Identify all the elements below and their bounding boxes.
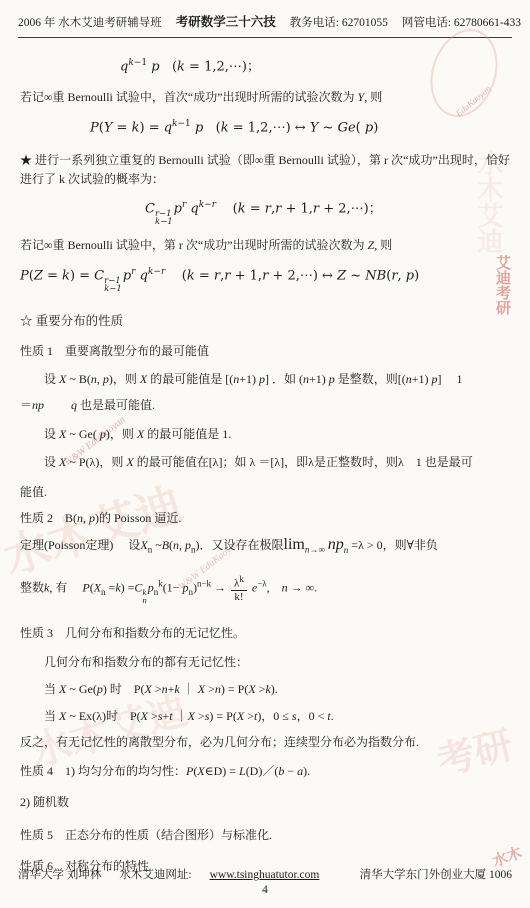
text-line: 设 X ~ B(n, p)，则 X 的最可能值是 [(n+1) p] ．如 (n… (20, 371, 510, 388)
formula-geometric-pmf: qk−1 p (k = 1,2,⋯)； (120, 53, 510, 77)
document-page: EduKaoyan 水木艾迪 W&W EduKaoyan 艾迪考研 W&W Ed… (0, 0, 530, 908)
document-body: qk−1 p (k = 1,2,⋯)； 若记∞重 Bernoulli 试验中，首… (0, 53, 530, 875)
header-title: 考研数学三十六技 (176, 12, 276, 30)
section-heading-properties: ☆ 重要分布的性质 (20, 313, 510, 330)
formula-negbinomial-pmf: Cr−1k−1pr qk−r (k = r,r + 1,r + 2,⋯)； (145, 195, 510, 226)
poisson-theorem-line: 定理(Poisson定理) 设Xn ~B(n, pn)．又设存在极限limn→∞… (20, 536, 510, 559)
footer-address: 清华大学东门外创业大厦 1006 (360, 866, 512, 882)
property-1-heading: 性质 1 重要离散型分布的最可能值 (20, 343, 510, 360)
property-5-heading: 性质 5 正态分布的性质（结合图形）与标准化. (20, 827, 510, 844)
text-line: ＝np q 也是最可能值. (20, 397, 510, 414)
poisson-limit-formula: 整数k, 有 P(Xn =k) =Cknpnk(1− pn)n−k → λkk!… (20, 573, 510, 605)
footer-author: 清华大学 刘坤林 (18, 866, 101, 882)
header-divider (18, 37, 512, 38)
memoryless-geometric-line: 当 X ~ Ge(p) 时 P(X >n+k ｜ X >n) = P(X >k)… (20, 681, 510, 698)
text-line: 能值. (20, 484, 510, 501)
text-line: 2) 随机数 (20, 794, 510, 811)
header-course: 2006 年 水木艾迪考研辅导班 (18, 14, 162, 30)
property-4-heading: 性质 4 1) 均匀分布的均匀性：P(X∈D) = L(D)／(b − a). (20, 763, 510, 780)
text-line-star: ★ 进行一系列独立重复的 Bernoulli 试验（即∞重 Bernoulli … (20, 151, 510, 189)
formula-geometric-dist: P(Y = k) = qk−1 p (k = 1,2,⋯) ↔ Y ~ Ge( … (90, 114, 510, 138)
text-line: 设 X ~ Ge( p)，则 X 的最可能值是 1. (20, 426, 510, 443)
text-line: 若记∞重 Bernoulli 试验中，首次“成功”出现时所需的试验次数为 Y, … (20, 89, 510, 106)
text-line: 若记∞重 Bernoulli 试验中，第 r 次“成功”出现时所需的试验次数为 … (20, 237, 510, 254)
page-footer: 清华大学 刘坤林 水木艾迪网址: www.tsinghuatutor.com 清… (18, 866, 512, 896)
text-line: 反之，有无记忆性的离散型分布，必为几何分布；连续型分布必为指数分布. (20, 734, 510, 751)
footer-site-label: 水木艾迪网址: (119, 866, 191, 882)
page-number: 4 (18, 884, 512, 896)
footer-site-link[interactable]: www.tsinghuatutor.com (210, 869, 320, 881)
property-2-heading: 性质 2 B(n, p)的 Poisson 逼近. (20, 510, 510, 527)
header-phone-admin: 教务电话: 62701055 (290, 14, 388, 30)
text-line: 设 X ~ P(λ)，则 X 的最可能值在[λ]；如 λ ＝[λ]，即λ是正整数… (20, 454, 510, 471)
memoryless-exponential-line: 当 X ~ Ex(λ)时 P(X >s+t ｜X >s) = P(X >t)，0… (20, 708, 510, 725)
property-3-heading: 性质 3 几何分布和指数分布的无记忆性。 (20, 625, 510, 642)
formula-negbinomial-dist: P(Z = k) = Cr−1k−1pr qk−r (k = r,r + 1,r… (20, 262, 510, 293)
text-line: 几何分布和指数分布的都有无记忆性： (20, 654, 510, 671)
header-phone-web: 网管电话: 62780661-433 (402, 14, 521, 30)
page-header: 2006 年 水木艾迪考研辅导班 考研数学三十六技 教务电话: 62701055… (0, 0, 530, 30)
